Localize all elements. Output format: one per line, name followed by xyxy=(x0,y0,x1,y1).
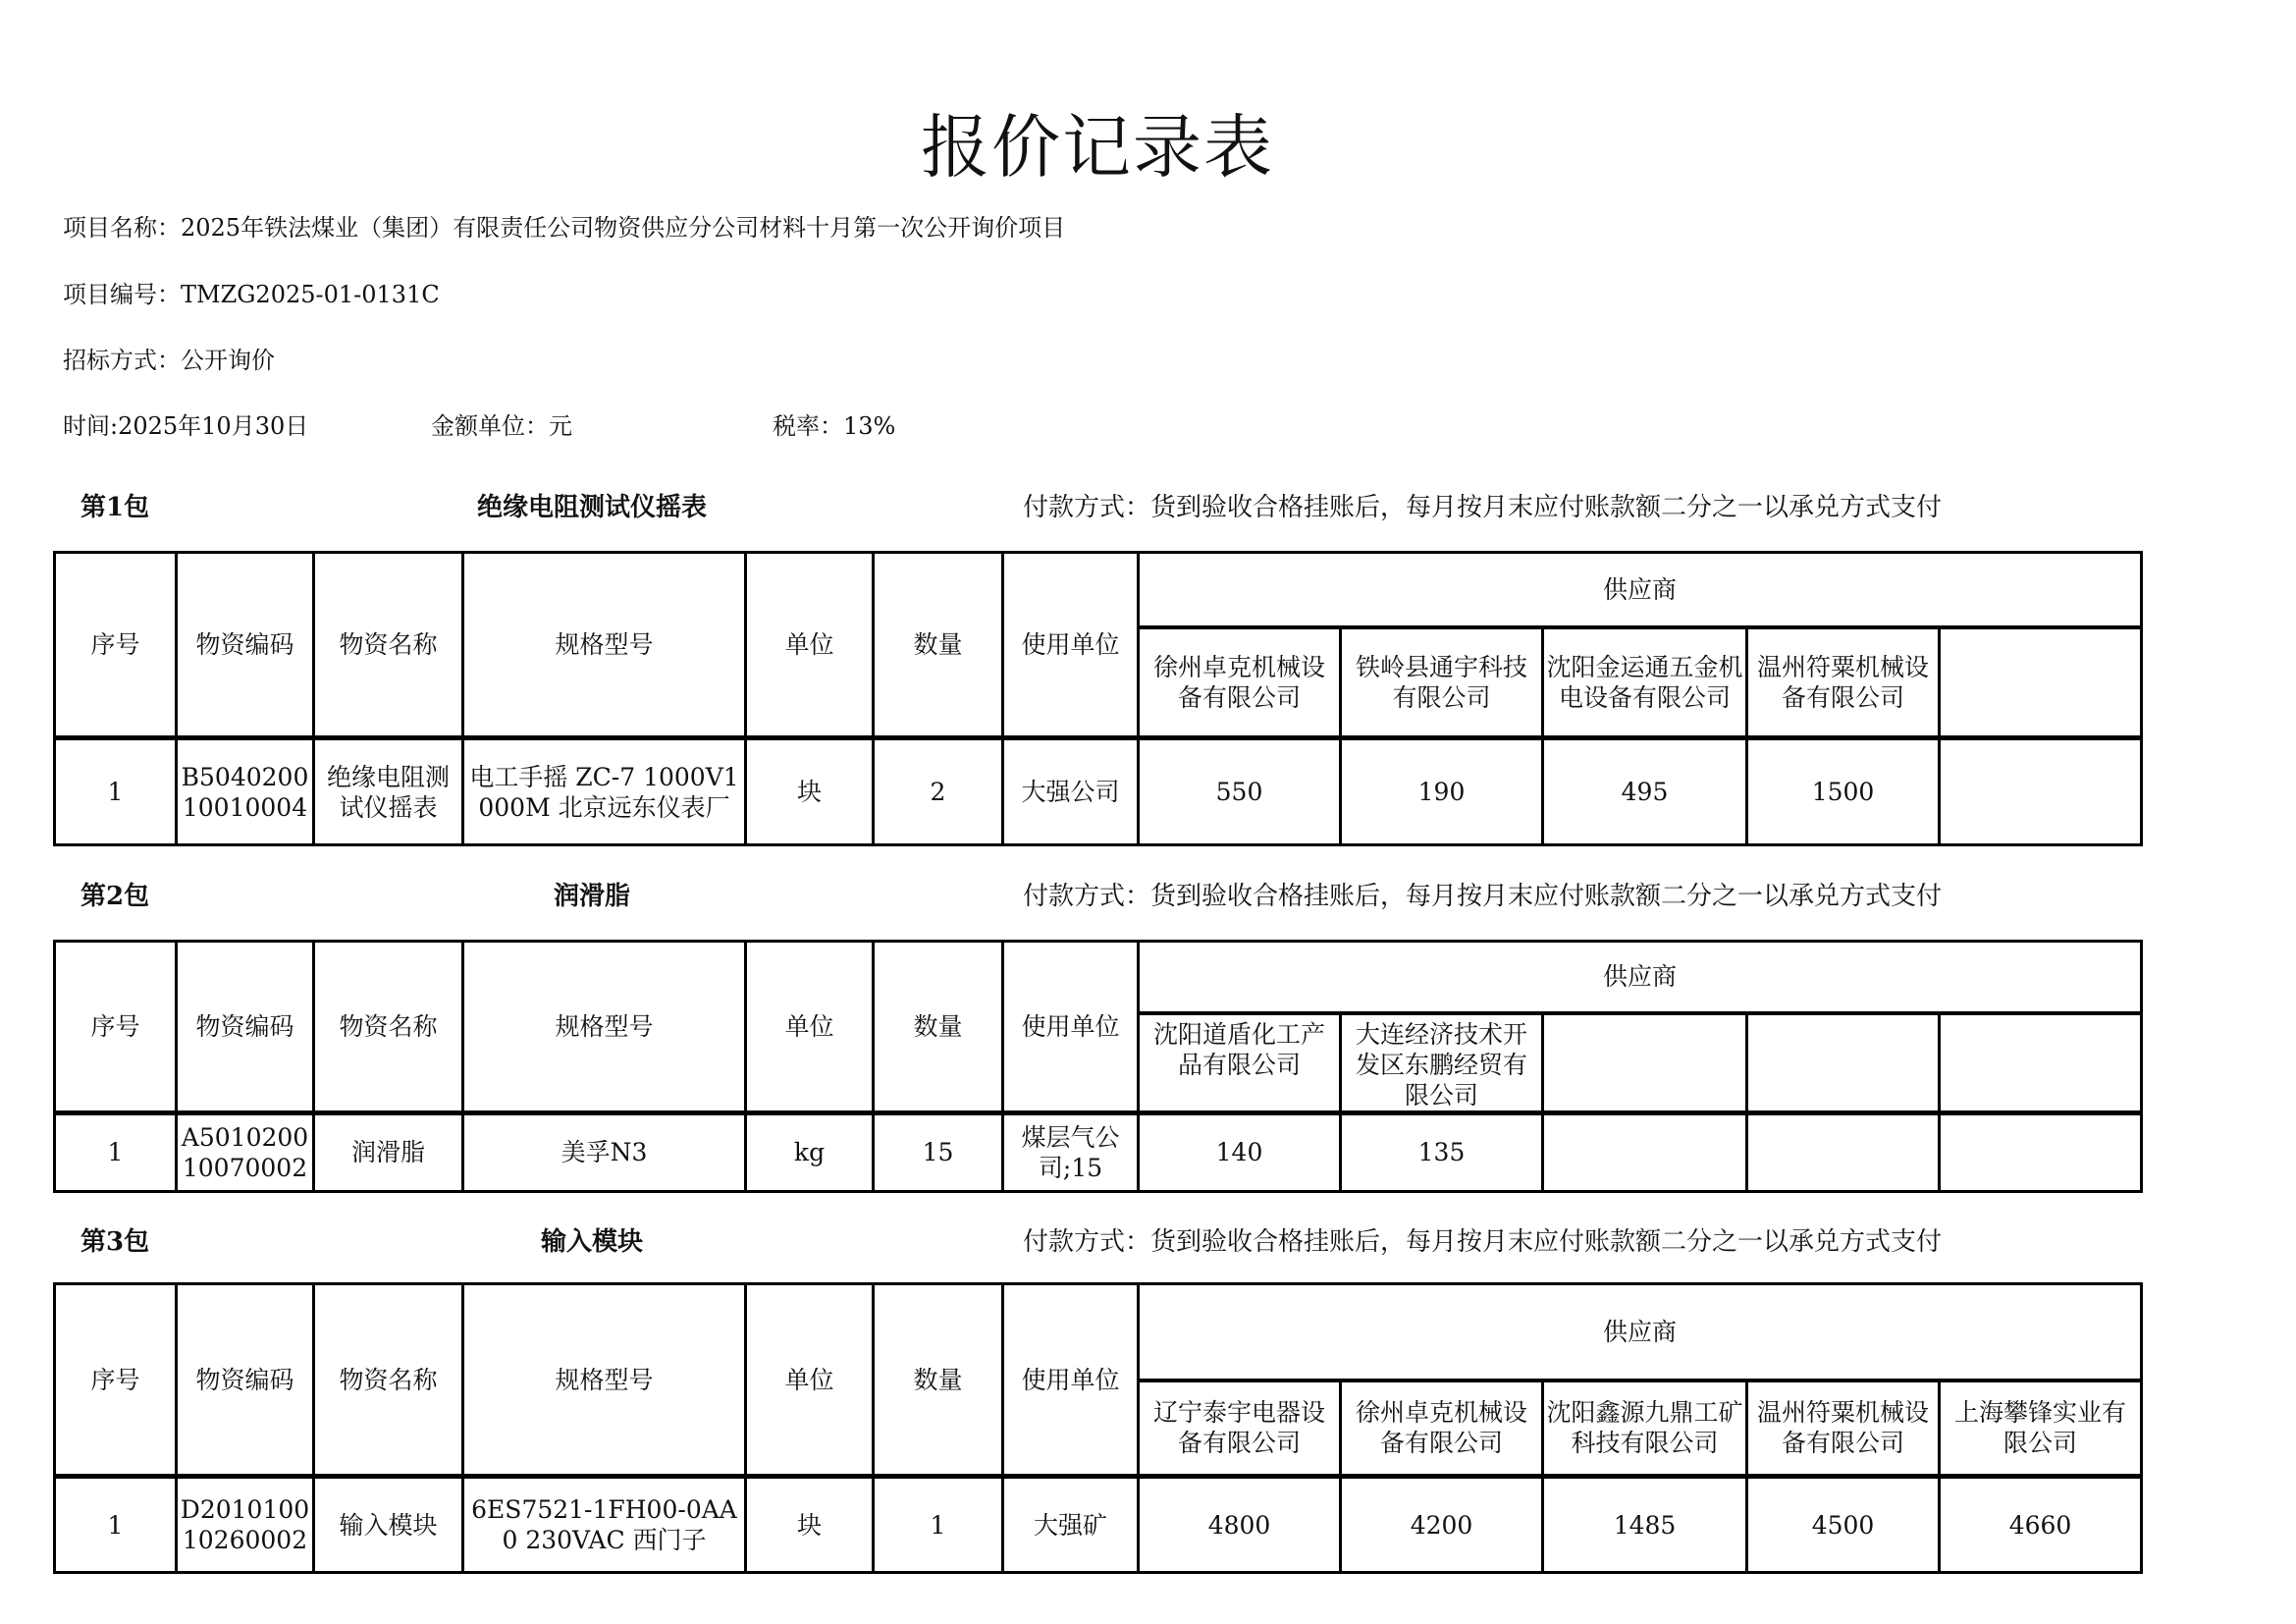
tax-rate: 税率：13% xyxy=(773,411,895,441)
cell-seq: 1 xyxy=(55,738,177,845)
cell-quantity: 1 xyxy=(874,1477,1003,1573)
header-material-code: 物资编码 xyxy=(177,553,314,738)
cell-spec: 6ES7521-1FH00-0AA0 230VAC 西门子 xyxy=(463,1477,746,1573)
header-suppliers: 供应商 xyxy=(1139,1284,2142,1380)
cell-price xyxy=(1940,1112,2142,1191)
quote-date: 时间:2025年10月30日 xyxy=(63,411,308,441)
supplier-name: 温州符粟机械设备有限公司 xyxy=(1747,1380,1940,1477)
cell-user-unit: 大强矿 xyxy=(1003,1477,1139,1573)
cell-price: 135 xyxy=(1341,1112,1543,1191)
header-user-unit: 使用单位 xyxy=(1003,1284,1139,1477)
header-spec: 规格型号 xyxy=(463,553,746,738)
package-name: 输入模块 xyxy=(347,1226,837,1258)
header-spec: 规格型号 xyxy=(463,942,746,1113)
cell-material-name: 润滑脂 xyxy=(314,1112,463,1191)
supplier-name xyxy=(1543,1013,1747,1113)
header-user-unit: 使用单位 xyxy=(1003,942,1139,1113)
cell-price: 550 xyxy=(1139,738,1341,845)
bidding-method: 招标方式：公开询价 xyxy=(63,346,275,375)
package-name: 绝缘电阻测试仪摇表 xyxy=(347,492,837,523)
header-quantity: 数量 xyxy=(874,1284,1003,1477)
package-name: 润滑脂 xyxy=(347,881,837,912)
supplier-name xyxy=(1940,1013,2142,1113)
header-material-code: 物资编码 xyxy=(177,1284,314,1477)
cell-material-code: B504020010010004 xyxy=(177,738,314,845)
cell-price: 4800 xyxy=(1139,1477,1341,1573)
cell-price xyxy=(1940,738,2142,845)
page-title: 报价记录表 xyxy=(0,106,2195,189)
project-number: 项目编号：TMZG2025-01-0131C xyxy=(63,280,440,309)
header-seq: 序号 xyxy=(55,942,177,1113)
supplier-name: 辽宁泰宇电器设备有限公司 xyxy=(1139,1380,1341,1477)
table-row: 1 D201010010260002 输入模块 6ES7521-1FH00-0A… xyxy=(55,1477,2142,1573)
supplier-name: 徐州卓克机械设备有限公司 xyxy=(1139,627,1341,738)
cell-material-name: 绝缘电阻测试仪摇表 xyxy=(314,738,463,845)
header-user-unit: 使用单位 xyxy=(1003,553,1139,738)
package-label: 第3包 xyxy=(80,1226,149,1258)
cell-unit: 块 xyxy=(746,738,874,845)
header-material-name: 物资名称 xyxy=(314,1284,463,1477)
header-material-name: 物资名称 xyxy=(314,942,463,1113)
header-unit: 单位 xyxy=(746,1284,874,1477)
supplier-name xyxy=(1940,627,2142,738)
header-seq: 序号 xyxy=(55,553,177,738)
cell-price: 4660 xyxy=(1940,1477,2142,1573)
cell-price xyxy=(1747,1112,1940,1191)
project-name: 项目名称：2025年铁法煤业（集团）有限责任公司物资供应分公司材料十月第一次公开… xyxy=(63,213,1065,243)
cell-seq: 1 xyxy=(55,1477,177,1573)
cell-price xyxy=(1543,1112,1747,1191)
cell-spec: 美孚N3 xyxy=(463,1112,746,1191)
cell-price: 4500 xyxy=(1747,1477,1940,1573)
cell-unit: kg xyxy=(746,1112,874,1191)
cell-seq: 1 xyxy=(55,1112,177,1191)
supplier-name: 沈阳金运通五金机电设备有限公司 xyxy=(1543,627,1747,738)
cell-price: 1500 xyxy=(1747,738,1940,845)
header-seq: 序号 xyxy=(55,1284,177,1477)
quote-table-package-3: 序号 物资编码 物资名称 规格型号 单位 数量 使用单位 供应商 辽宁泰宇电器设… xyxy=(53,1282,2143,1574)
supplier-name: 铁岭县通宇科技有限公司 xyxy=(1341,627,1543,738)
cell-price: 495 xyxy=(1543,738,1747,845)
cell-price: 140 xyxy=(1139,1112,1341,1191)
table-row: 1 A501020010070002 润滑脂 美孚N3 kg 15 煤层气公司;… xyxy=(55,1112,2142,1191)
payment-terms: 付款方式：货到验收合格挂账后，每月按月末应付账款额二分之一以承兑方式支付 xyxy=(1023,492,1942,523)
cell-spec: 电工手摇 ZC-7 1000V1000M 北京远东仪表厂 xyxy=(463,738,746,845)
header-unit: 单位 xyxy=(746,553,874,738)
header-suppliers: 供应商 xyxy=(1139,553,2142,627)
cell-price: 4200 xyxy=(1341,1477,1543,1573)
supplier-name: 上海攀锋实业有限公司 xyxy=(1940,1380,2142,1477)
table-row: 1 B504020010010004 绝缘电阻测试仪摇表 电工手摇 ZC-7 1… xyxy=(55,738,2142,845)
header-suppliers: 供应商 xyxy=(1139,942,2142,1013)
quote-table-package-2: 序号 物资编码 物资名称 规格型号 单位 数量 使用单位 供应商 沈阳道盾化工产… xyxy=(53,940,2143,1193)
header-spec: 规格型号 xyxy=(463,1284,746,1477)
supplier-name: 大连经济技术开发区东鹏经贸有限公司 xyxy=(1341,1013,1543,1113)
cell-material-name: 输入模块 xyxy=(314,1477,463,1573)
cell-user-unit: 煤层气公司;15 xyxy=(1003,1112,1139,1191)
payment-terms: 付款方式：货到验收合格挂账后，每月按月末应付账款额二分之一以承兑方式支付 xyxy=(1023,1226,1942,1258)
payment-terms: 付款方式：货到验收合格挂账后，每月按月末应付账款额二分之一以承兑方式支付 xyxy=(1023,881,1942,912)
header-material-name: 物资名称 xyxy=(314,553,463,738)
cell-material-code: D201010010260002 xyxy=(177,1477,314,1573)
cell-price: 1485 xyxy=(1543,1477,1747,1573)
supplier-name: 沈阳道盾化工产品有限公司 xyxy=(1139,1013,1341,1113)
header-quantity: 数量 xyxy=(874,942,1003,1113)
quote-table-package-1: 序号 物资编码 物资名称 规格型号 单位 数量 使用单位 供应商 徐州卓克机械设… xyxy=(53,551,2143,846)
package-label: 第1包 xyxy=(80,492,149,523)
cell-price: 190 xyxy=(1341,738,1543,845)
cell-quantity: 15 xyxy=(874,1112,1003,1191)
currency-unit: 金额单位：元 xyxy=(431,411,572,441)
cell-unit: 块 xyxy=(746,1477,874,1573)
supplier-name xyxy=(1747,1013,1940,1113)
package-label: 第2包 xyxy=(80,881,149,912)
supplier-name: 沈阳鑫源九鼎工矿科技有限公司 xyxy=(1543,1380,1747,1477)
header-quantity: 数量 xyxy=(874,553,1003,738)
supplier-name: 徐州卓克机械设备有限公司 xyxy=(1341,1380,1543,1477)
header-material-code: 物资编码 xyxy=(177,942,314,1113)
cell-user-unit: 大强公司 xyxy=(1003,738,1139,845)
cell-quantity: 2 xyxy=(874,738,1003,845)
header-unit: 单位 xyxy=(746,942,874,1113)
cell-material-code: A501020010070002 xyxy=(177,1112,314,1191)
supplier-name: 温州符粟机械设备有限公司 xyxy=(1747,627,1940,738)
